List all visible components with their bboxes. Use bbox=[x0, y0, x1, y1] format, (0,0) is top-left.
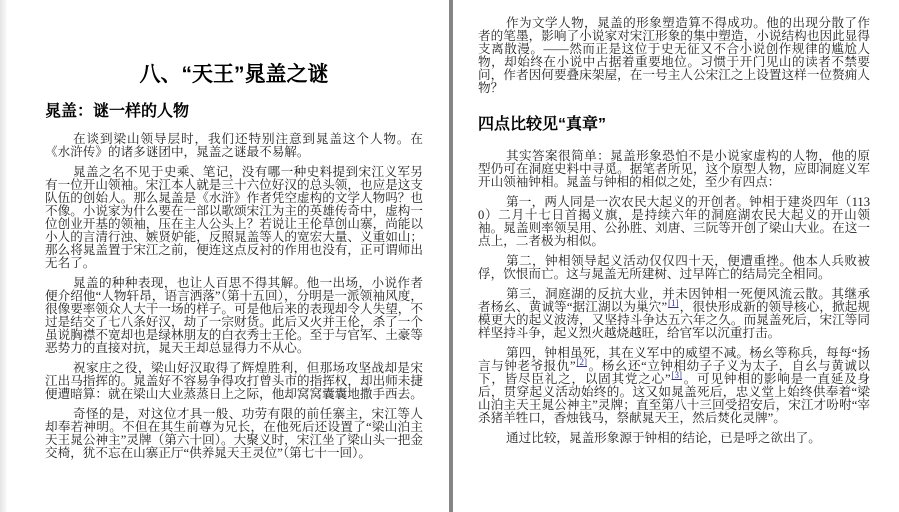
paragraph-text: 晁盖的种种表现，也让人百思不得其解。他一出场，小说作者便介绍他“人物轩昂，语言洒… bbox=[45, 276, 423, 355]
paragraph: 第二，钟相领导起义活动仅仅四十天，便遭重挫。他本人兵败被俘，饮恨而亡。这与晁盖无… bbox=[478, 255, 870, 281]
paragraph: 第一，两人同是一次农民大起义的开创者。钟相于建炎四年（1130）二月十七日首揭义… bbox=[478, 196, 870, 248]
paragraph: 奇怪的是，对这位才具一般、功劳有限的前任寨主，宋江等人却奉若神明。不但在其生前尊… bbox=[45, 408, 423, 460]
left-page: 八、“天王”晁盖之谜 晁盖：谜一样的人物 在谈到梁山领导层时，我们还特别注意到晁… bbox=[7, 0, 449, 512]
paragraph-text: 晁盖之名不见于史乘、笔记，没有哪一种史料提到宋江义军另有一位开山领袖。宋江本人就… bbox=[45, 165, 423, 270]
paragraph-text: 第二，钟相领导起义活动仅仅四十天，便遭重挫。他本人兵败被俘，饮恨而亡。这与晁盖无… bbox=[478, 254, 870, 281]
paragraph-text: 其实答案很简单：晁盖形象恐怕不是小说家虚构的人物，他的原型仍可在洞庭史料中寻觅。… bbox=[478, 149, 870, 189]
paragraph-text: 奇怪的是，对这位才具一般、功劳有限的前任寨主，宋江等人却奉若神明。不但在其生前尊… bbox=[45, 407, 423, 460]
paragraph: 其实答案很简单：晁盖形象恐怕不是小说家虚构的人物，他的原型仍可在洞庭史料中寻觅。… bbox=[478, 150, 870, 189]
paragraph: 作为文学人物，晁盖的形象塑造算不得成功。他的出现分散了作者的笔墨，影响了小说家对… bbox=[478, 17, 870, 95]
right-page: 作为文学人物，晁盖的形象塑造算不得成功。他的出现分散了作者的笔墨，影响了小说家对… bbox=[453, 0, 899, 512]
paragraph: 晁盖之名不见于史乘、笔记，没有哪一种史料提到宋江义军另有一位开山领袖。宋江本人就… bbox=[45, 166, 423, 270]
right-section-title: 四点比较见“真章” bbox=[478, 115, 870, 134]
paragraph: 在谈到梁山领导层时，我们还特别注意到晁盖这个人物。在《水浒传》的诸多谜团中，晁盖… bbox=[45, 133, 423, 159]
paragraph-text: 在谈到梁山领导层时，我们还特别注意到晁盖这个人物。在《水浒传》的诸多谜团中，晁盖… bbox=[45, 132, 423, 159]
paragraph: 祝家庄之役，梁山好汉取得了辉煌胜利，但那场攻坚战却是宋江出马指挥的。晁盖好不容易… bbox=[45, 362, 423, 401]
right-page-intro-paragraphs: 作为文学人物，晁盖的形象塑造算不得成功。他的出现分散了作者的笔墨，影响了小说家对… bbox=[478, 17, 870, 95]
right-page-paragraphs: 其实答案很简单：晁盖形象恐怕不是小说家虚构的人物，他的原型仍可在洞庭史料中寻觅。… bbox=[478, 150, 870, 445]
paragraph-text: 祝家庄之役，梁山好汉取得了辉煌胜利，但那场攻坚战却是宋江出马指挥的。晁盖好不容易… bbox=[45, 361, 423, 401]
paragraph-text: 第一，两人同是一次农民大起义的开创者。钟相于建炎四年（1130）二月十七日首揭义… bbox=[478, 195, 870, 248]
chapter-title: 八、“天王”晁盖之谜 bbox=[45, 62, 423, 88]
footnote-link[interactable]: [2] bbox=[577, 357, 588, 367]
paragraph-text: 作为文学人物，晁盖的形象塑造算不得成功。他的出现分散了作者的笔墨，影响了小说家对… bbox=[478, 16, 870, 95]
left-section-title: 晁盖：谜一样的人物 bbox=[45, 102, 423, 121]
paragraph: 第四，钟相虽死，其在义军中的威望不减。杨幺等称兵，每每“扬言与钟老爷报仇”[2]… bbox=[478, 347, 870, 425]
footnote-link[interactable]: [3] bbox=[672, 370, 683, 380]
book-spread: 八、“天王”晁盖之谜 晁盖：谜一样的人物 在谈到梁山领导层时，我们还特别注意到晁… bbox=[0, 0, 899, 512]
paragraph: 通过比较，晁盖形象源于钟相的结论，已是呼之欲出了。 bbox=[478, 432, 870, 445]
paragraph-text: 通过比较，晁盖形象源于钟相的结论，已是呼之欲出了。 bbox=[506, 431, 821, 445]
paragraph: 晁盖的种种表现，也让人百思不得其解。他一出场，小说作者便介绍他“人物轩昂，语言洒… bbox=[45, 277, 423, 355]
left-page-paragraphs: 在谈到梁山领导层时，我们还特别注意到晁盖这个人物。在《水浒传》的诸多谜团中，晁盖… bbox=[45, 133, 423, 460]
page-edge-shading bbox=[0, 0, 7, 512]
footnote-link[interactable]: [1] bbox=[668, 298, 679, 308]
paragraph: 第三，洞庭湖的反抗大业，并未因钟相一死便风流云散。其继承者杨幺、黄诚等“据江湖以… bbox=[478, 288, 870, 340]
